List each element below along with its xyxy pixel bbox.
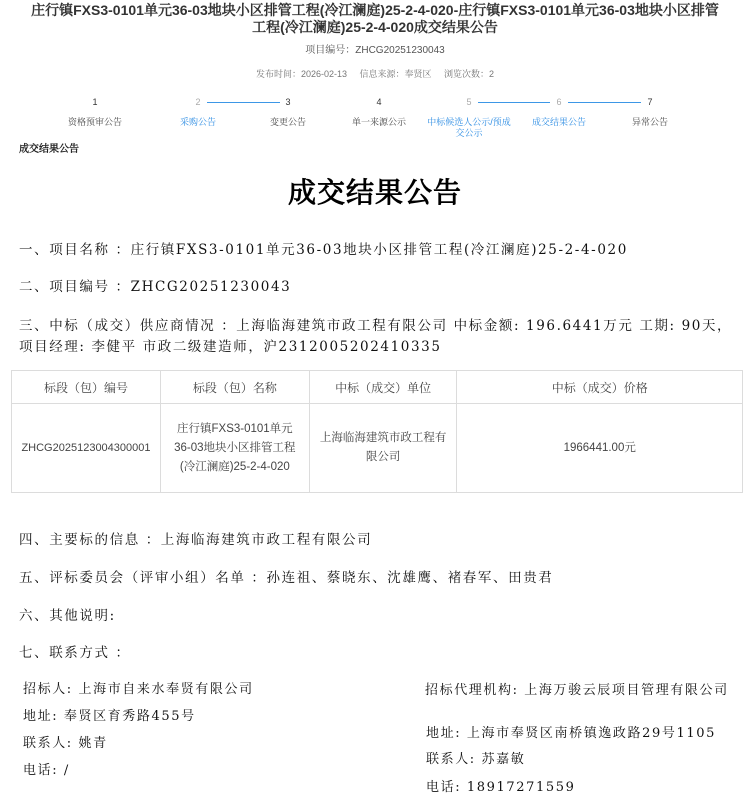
cell-lot-number: ZHCG2025123004300001 (12, 404, 161, 493)
step-6[interactable]: 6 成交结果公告 (509, 96, 609, 128)
step-number: 6 (509, 96, 609, 108)
step-label: 变更公告 (238, 117, 338, 128)
meta-info: 发布时间：2026-02-13 信息来源：奉贤区 浏览次数：2 (0, 67, 750, 80)
step-number: 7 (600, 96, 700, 108)
step-4[interactable]: 4 单一来源公示 (329, 96, 429, 128)
step-label: 单一来源公示 (329, 117, 429, 128)
step-number: 5 (419, 96, 519, 108)
header-lot-number: 标段（包）编号 (12, 371, 161, 404)
document-title: 成交结果公告 (0, 171, 750, 211)
step-label: 中标候选人公示/预成交公示 (419, 117, 519, 139)
table-header-row: 标段（包）编号 标段（包）名称 中标（成交）单位 中标（成交）价格 (12, 371, 743, 404)
cell-winning-unit: 上海临海建筑市政工程有限公司 (309, 404, 457, 493)
section-project-number: 二、项目编号 ：ZHCG20251230043 (19, 277, 291, 298)
tenderer-person: 联系人: 姚青 (23, 736, 403, 763)
breadcrumb: 成交结果公告 (19, 140, 79, 155)
step-label: 资格预审公告 (45, 117, 145, 128)
tenderer-address: 地址: 奉贤区育秀路455号 (23, 709, 403, 736)
page-title: 庄行镇FXS3-0101单元36-03地块小区排管工程(冷江澜庭)25-2-4-… (0, 2, 750, 36)
step-3[interactable]: 3 变更公告 (238, 96, 338, 128)
process-steps: 1 资格预审公告 2 采购公告 3 变更公告 4 单一来源公示 5 中标候选人公… (0, 96, 750, 142)
step-5[interactable]: 5 中标候选人公示/预成交公示 (419, 96, 519, 139)
section-other-notes: 六、其他说明: (19, 606, 116, 627)
agency-contact: 招标代理机构: 上海万骏云辰项目管理有限公司 地址: 上海市奉贤区南桥镇逸政路2… (420, 682, 750, 803)
cell-lot-name: 庄行镇FXS3-0101单元36-03地块小区排管工程(冷江澜庭)25-2-4-… (160, 404, 309, 493)
publish-time: 发布时间：2026-02-13 (256, 69, 347, 79)
tenderer-name: 招标人: 上海市自来水奉贤有限公司 (23, 682, 403, 709)
section-project-name: 一、项目名称 ：庄行镇FXS3-0101单元36-03地块小区排管工程(冷江澜庭… (19, 240, 628, 261)
step-1[interactable]: 1 资格预审公告 (45, 96, 145, 128)
view-count: 浏览次数：2 (444, 69, 494, 79)
step-2[interactable]: 2 采购公告 (148, 96, 248, 128)
step-number: 2 (148, 96, 248, 108)
section-review-committee: 五、评标委员会（评审小组）名单 ：孙连祖、蔡晓东、沈雄鹰、褚春军、田贵君 (19, 568, 553, 589)
section-supplier-info: 三、中标（成交）供应商情况 ：上海临海建筑市政工程有限公司 中标金额: 196.… (19, 316, 739, 358)
step-label: 采购公告 (148, 117, 248, 128)
step-label: 成交结果公告 (509, 117, 609, 128)
header-winning-unit: 中标（成交）单位 (309, 371, 457, 404)
tenderer-contact: 招标人: 上海市自来水奉贤有限公司 地址: 奉贤区育秀路455号 联系人: 姚青… (23, 682, 403, 790)
project-number-value: ZHCG20251230043 (355, 45, 445, 56)
agency-address: 地址: 上海市奉贤区南桥镇逸政路29号1105 (420, 726, 750, 752)
step-label: 异常公告 (600, 117, 700, 128)
cell-winning-price: 1966441.00元 (457, 404, 743, 493)
project-number-label: 项目编号： (305, 45, 355, 56)
step-number: 3 (238, 96, 338, 108)
agency-phone: 电话: 18917271559 (420, 780, 750, 803)
section-contact: 七、联系方式 ： (19, 643, 131, 664)
tenderer-phone: 电话: / (23, 763, 403, 790)
step-number: 4 (329, 96, 429, 108)
info-source: 信息来源：奉贤区 (360, 69, 432, 79)
header-lot-name: 标段（包）名称 (160, 371, 309, 404)
project-number: 项目编号：ZHCG20251230043 (0, 41, 750, 56)
step-7[interactable]: 7 异常公告 (600, 96, 700, 128)
step-number: 1 (45, 96, 145, 108)
section-main-subject: 四、主要标的信息 ：上海临海建筑市政工程有限公司 (19, 530, 372, 551)
table-row: ZHCG2025123004300001 庄行镇FXS3-0101单元36-03… (12, 404, 743, 493)
agency-person: 联系人: 苏嘉敏 (420, 752, 750, 780)
result-table: 标段（包）编号 标段（包）名称 中标（成交）单位 中标（成交）价格 ZHCG20… (11, 370, 743, 493)
header-winning-price: 中标（成交）价格 (457, 371, 743, 404)
agency-name: 招标代理机构: 上海万骏云辰项目管理有限公司 (419, 682, 750, 720)
